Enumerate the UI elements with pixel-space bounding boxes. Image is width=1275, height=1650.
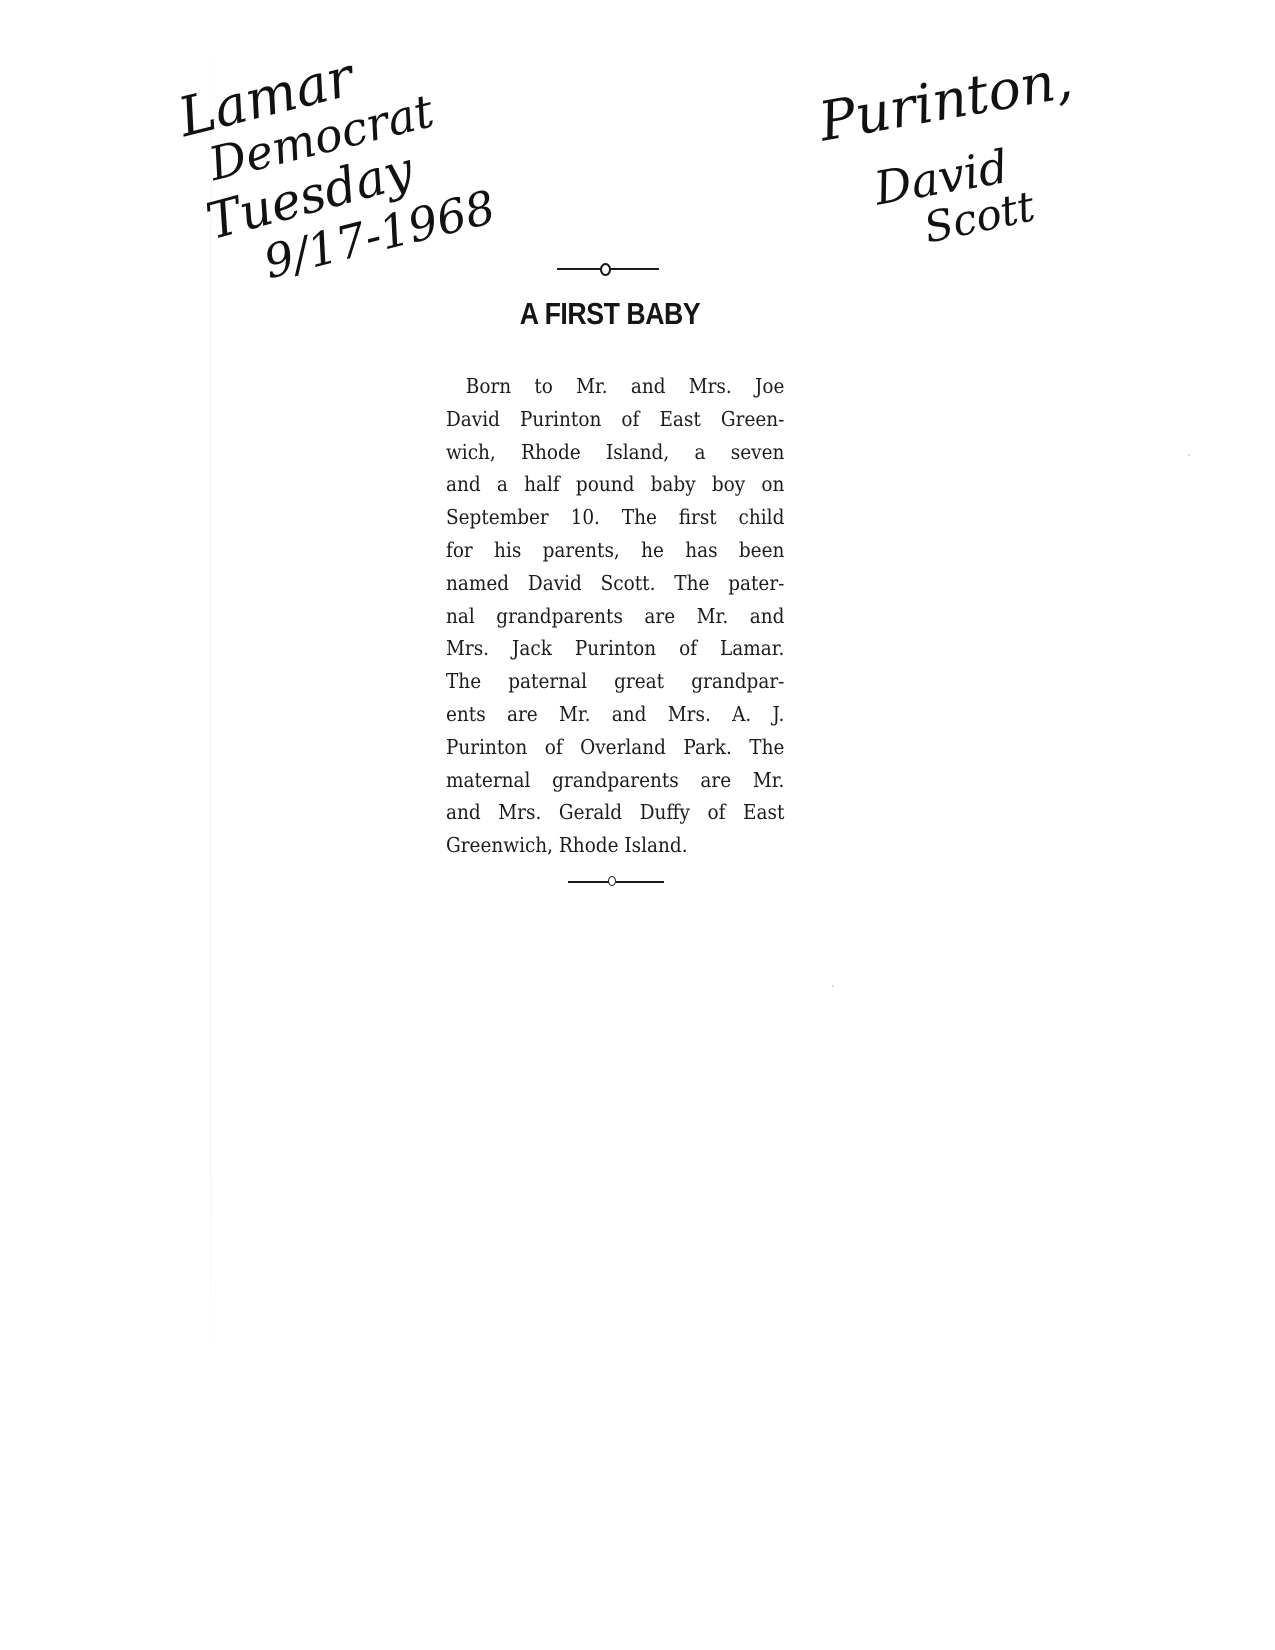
article-line: September 10. The first child [446, 501, 784, 534]
article-line: The paternal great grandpar- [446, 665, 784, 698]
divider-rule [557, 268, 601, 270]
handwritten-subject-note: Purinton, David Scott [820, 78, 1120, 258]
article-line: and a half pound baby boy on [446, 468, 784, 501]
article-headline: A FIRST BABY [464, 296, 756, 332]
ornament-divider-bottom [568, 876, 664, 888]
article-line: for his parents, he has been [446, 534, 784, 567]
divider-rule [568, 881, 609, 883]
scan-speck [1188, 454, 1190, 456]
handwritten-source-note: Lamar Democrat Tuesday 9/17-1968 [180, 80, 480, 300]
scan-speck [832, 985, 834, 987]
article-line: Greenwich, Rhode Island. [446, 829, 784, 862]
divider-ring-icon [608, 876, 616, 886]
article-line: nal grandparents are Mr. and [446, 600, 784, 633]
article-line: Purinton of Overland Park. The [446, 731, 784, 764]
article-line: Born to Mr. and Mrs. Joe [446, 370, 784, 403]
article-line: named David Scott. The pater- [446, 567, 784, 600]
article-line: ents are Mr. and Mrs. A. J. [446, 698, 784, 731]
subject-note-line: Purinton, [815, 52, 1076, 149]
article-line: and Mrs. Gerald Duffy of East [446, 796, 784, 829]
article-line: Mrs. Jack Purinton of Lamar. [446, 632, 784, 665]
article-body: Born to Mr. and Mrs. Joe David Purinton … [446, 370, 784, 862]
ornament-divider-top [557, 263, 659, 275]
divider-rule [610, 268, 659, 270]
divider-rule [616, 881, 664, 883]
article-line: wich, Rhode Island, a seven [446, 436, 784, 469]
article-line: David Purinton of East Green- [446, 403, 784, 436]
article-line: maternal grandparents are Mr. [446, 764, 784, 797]
